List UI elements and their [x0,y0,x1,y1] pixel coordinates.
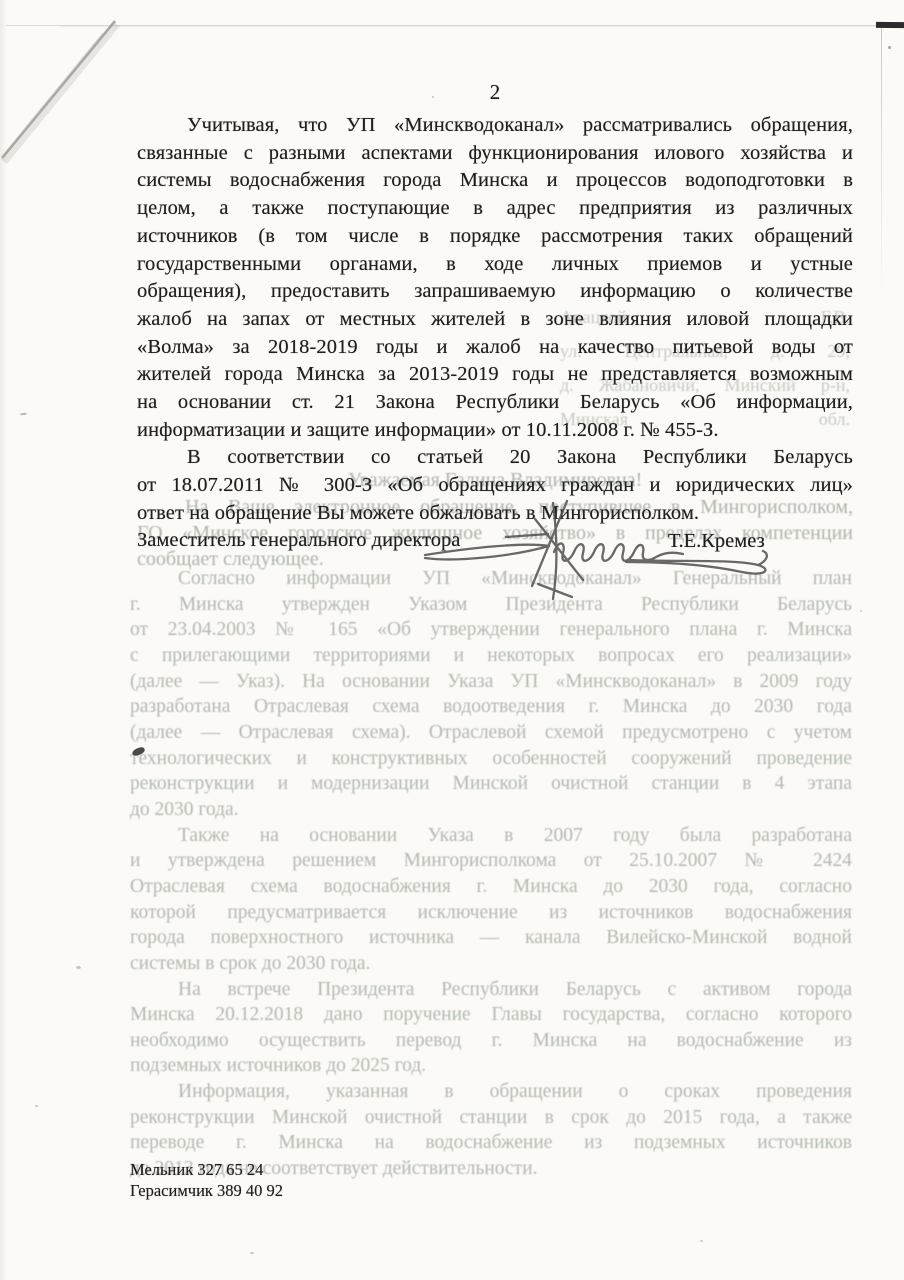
scan-speck [432,96,434,98]
scan-speck [700,1240,703,1242]
bleedthrough-line: технологических и конструктивных особенн… [130,746,852,772]
signoff-name: Т.Е.Кремез [668,530,765,553]
signoff-position-title: Заместитель генерального директора [137,529,460,552]
bleedthrough-line: с прилегающими территориями и некоторых … [130,643,852,669]
paragraph-line: информатизации и защите информации» от 1… [137,417,853,445]
paragraph-line: В соответствии со статьей 20 Закона Респ… [137,444,853,472]
paragraph-line: жалоб на запах от местных жителей в зоне… [137,306,853,334]
bleedthrough-line: города поверхностного источника — канала… [130,925,852,951]
bleedthrough-line: и утверждена решением Мингорисполкома от… [130,848,852,874]
bleedthrough-line: На встрече Президента Республики Беларус… [130,977,852,1003]
bleedthrough-line: Также на основании Указа в 2007 году был… [130,823,852,849]
paragraph-line: целом, а также поступающие в адрес предп… [137,195,853,223]
scan-speck [888,46,891,49]
bleedthrough-line: (далее — Указ). На основании Указа УП «М… [130,669,852,695]
paragraph-line: государственными органами, в ходе личных… [137,251,853,279]
bleedthrough-line: Минска 20.12.2018 дано поручение Главы г… [130,1002,852,1028]
paragraph-line: связанные с разными аспектами функционир… [137,140,853,168]
bleedthrough-line: системы в срок до 2030 года. [130,951,852,977]
letter-body: Учитывая, что УП «Минскводоканал» рассма… [137,112,853,528]
scan-speck [20,413,27,416]
bleedthrough-body: Согласно информации УП «Минскводоканал» … [130,566,852,1182]
scanned-document-page: Апацкой Г.В.ул. Центральная, д. 29,д. Жа… [0,0,904,1280]
scan-top-edge-line-echo [60,26,890,27]
bleedthrough-line: реконструкции и модернизации Минской очи… [130,771,852,797]
bleedthrough-line: переводе г. Минска на водоснабжение из п… [130,1130,852,1156]
bleedthrough-line: (далее — Отраслевая схема). Отраслевой с… [130,720,852,746]
scan-speck [540,240,542,242]
paragraph-line: системы водоснабжения города Минска и пр… [137,167,853,195]
scan-speck [76,966,81,969]
paragraph-1: Учитывая, что УП «Минскводоканал» рассма… [137,112,853,444]
contact-line: Герасимчик 389 40 92 [130,1181,283,1202]
bleedthrough-line: от 23.04.2003 № 165 «Об утверждении гене… [130,617,852,643]
paragraph-line: «Волма» за 2018-2019 годы и жалоб на кач… [137,334,853,362]
bleedthrough-line: до 2030 года. [130,797,852,823]
bleedthrough-line: подземных источников до 2025 год. [130,1053,852,1079]
scan-speck [860,610,862,612]
bleedthrough-line: реконструкции Минской очистной станции в… [130,1105,852,1131]
paragraph-line: обращения), предоставить запрашиваемую и… [137,278,853,306]
scan-speck [250,1252,254,1254]
bleedthrough-line: Информация, указанная в обращении о срок… [130,1079,852,1105]
bleedthrough-line: Отраслевая схема водоснабжения г. Минска… [130,874,852,900]
paragraph-line: жителей города Минска за 2013-2019 годы … [137,361,853,389]
bleedthrough-line: разработана Отраслевая схема водоотведен… [130,694,852,720]
scan-speck [35,1105,38,1107]
page-number: 2 [137,80,853,105]
bleedthrough-line: которой предусматривается исключение из … [130,900,852,926]
contact-line: Мельник 327 65 24 [130,1160,283,1181]
executor-contacts: Мельник 327 65 24Герасимчик 389 40 92 [130,1160,283,1202]
bleedthrough-line: необходимо осуществить перевод г. Минска… [130,1028,852,1054]
scan-right-edge-line [881,28,882,298]
paragraph-line: источников (в том числе в порядке рассмо… [137,223,853,251]
paragraph-line: Учитывая, что УП «Минскводоканал» рассма… [137,112,853,140]
paragraph-line: на основании ст. 21 Закона Республики Бе… [137,389,853,417]
